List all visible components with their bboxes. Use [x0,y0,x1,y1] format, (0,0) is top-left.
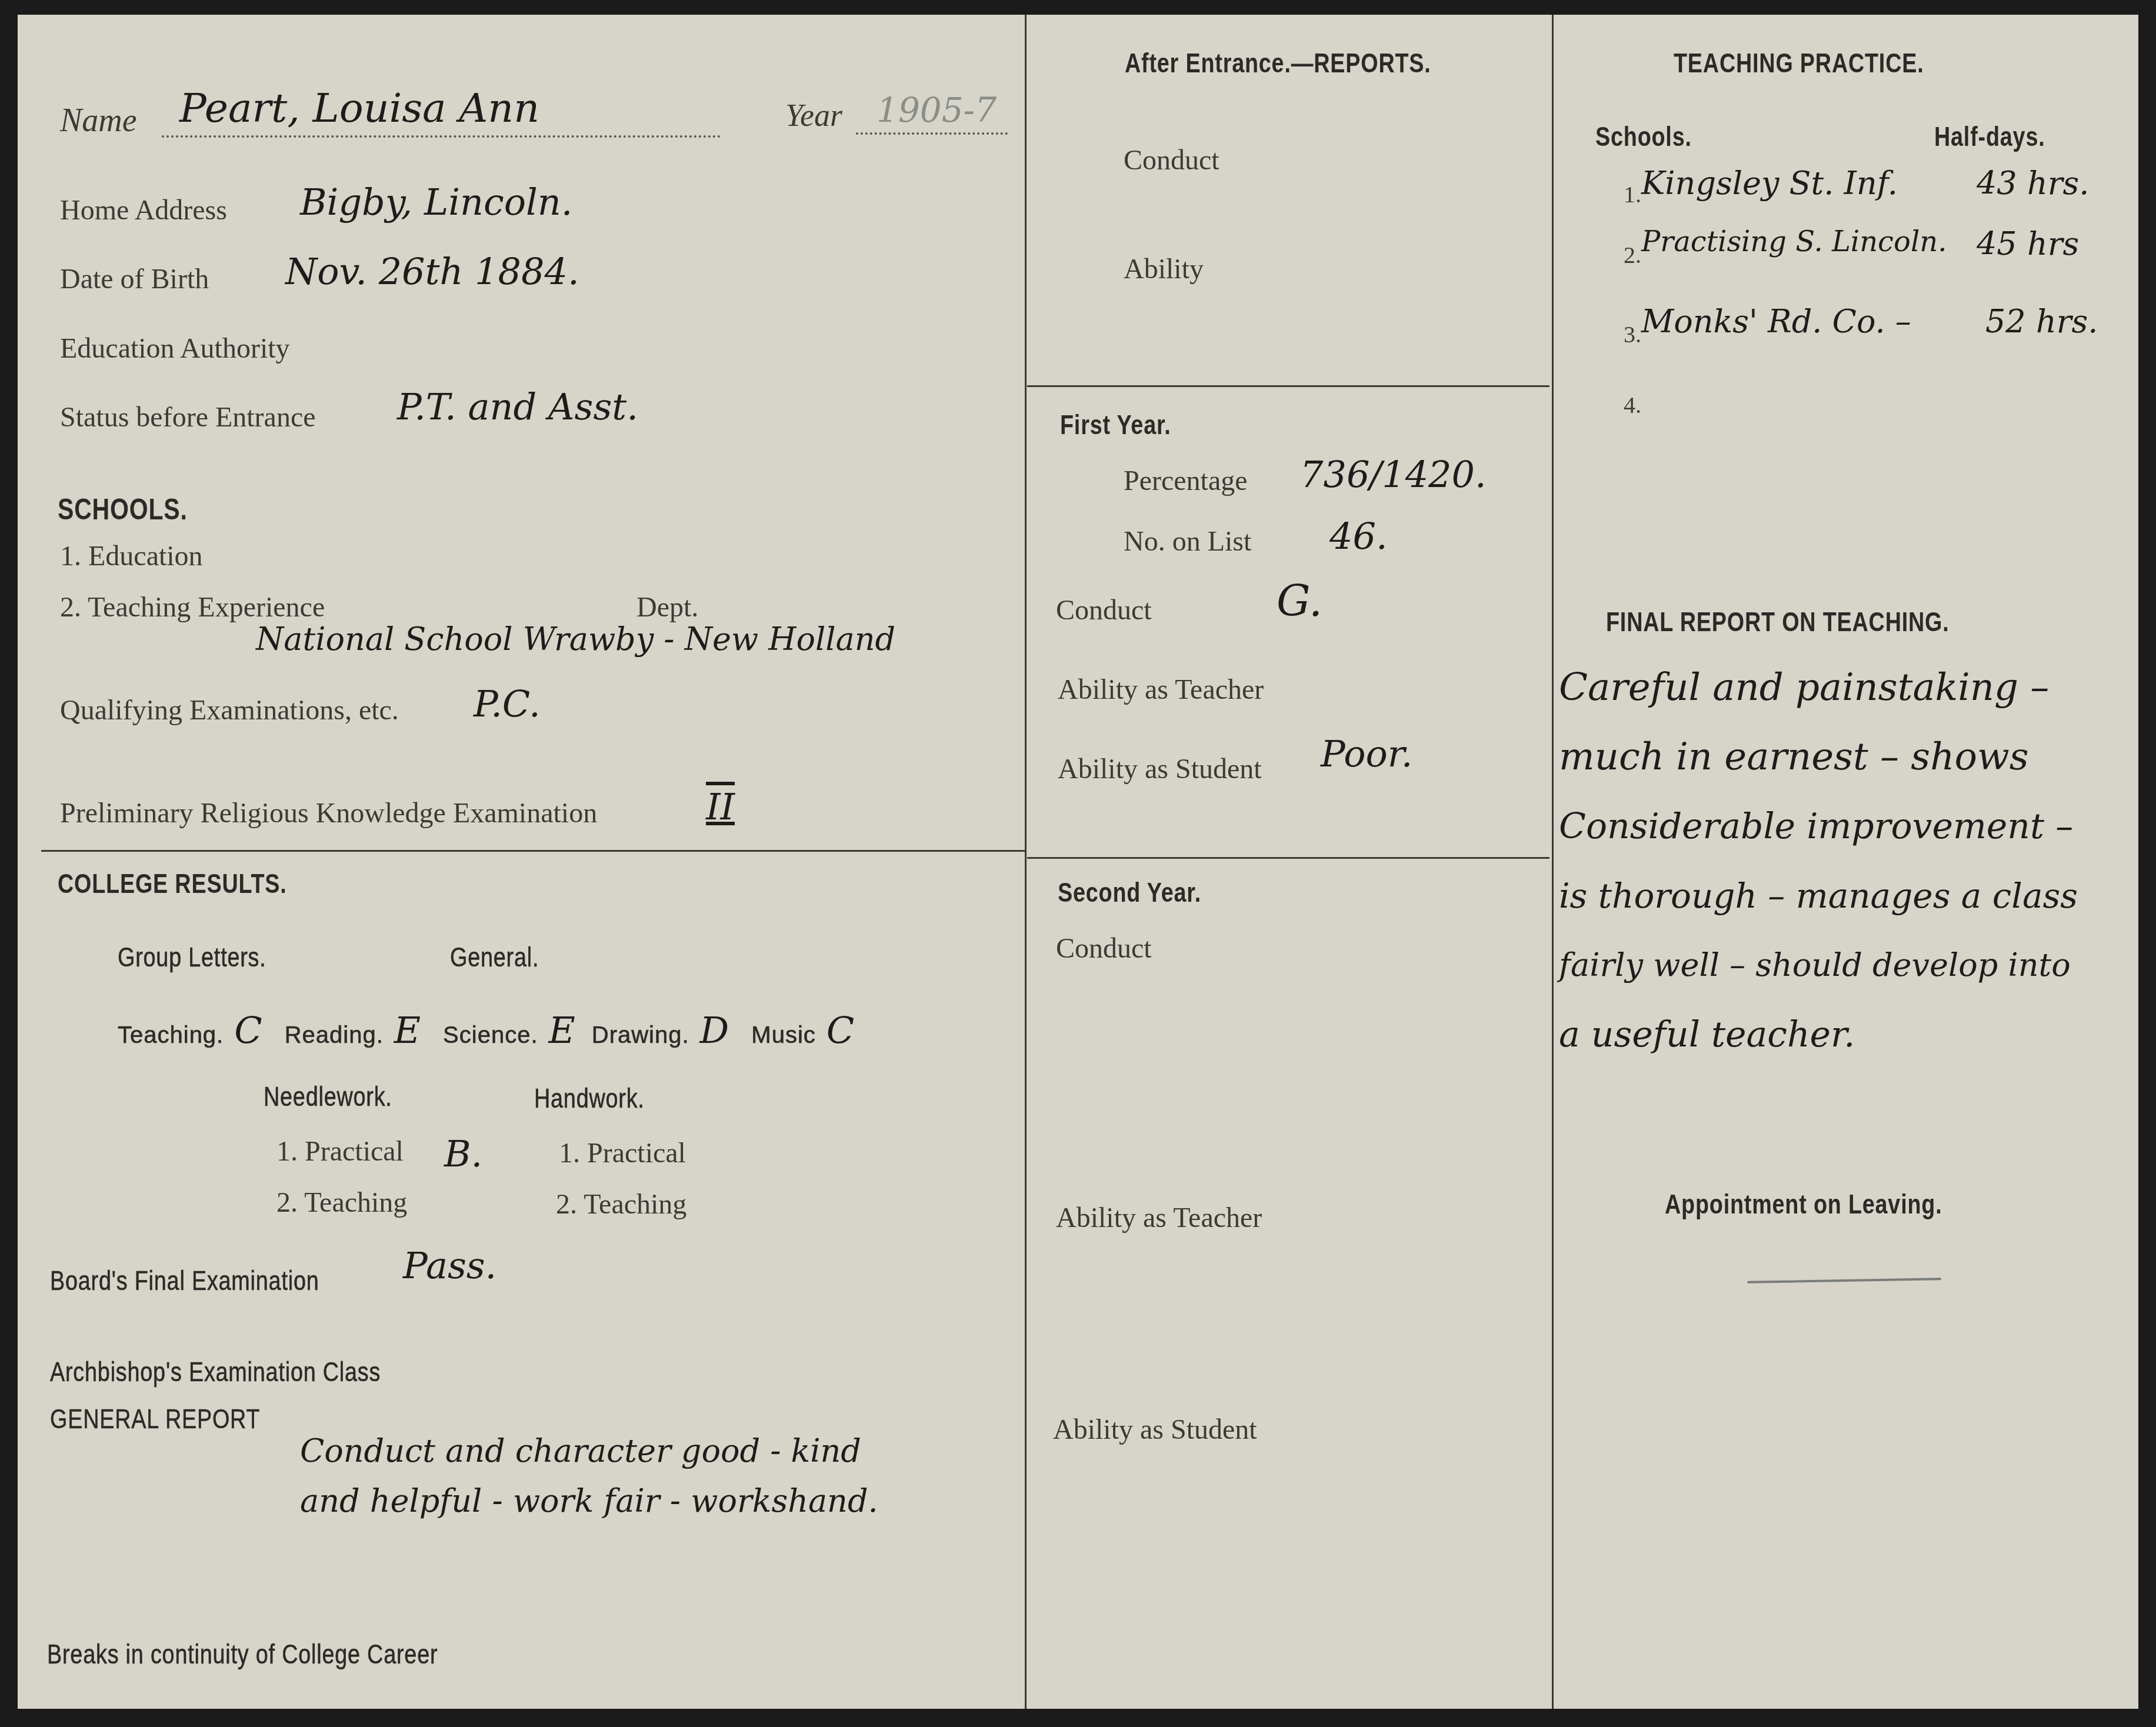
after-ability-label: Ability [1124,253,1204,285]
ability-teacher-label: Ability as Teacher [1058,674,1264,706]
name-label: Name [60,102,137,139]
dob-value: Nov. 26th 1884. [285,250,579,293]
qualifying-label: Qualifying Examinations, etc. [60,694,399,726]
needlework-practical: 1. Practical [276,1135,404,1168]
final-report-line: much in earnest – shows [1559,722,2078,792]
practice-row-3-school: Monks' Rd. Co. – [1641,303,1911,340]
schools-column-header: Schools. [1595,121,1692,152]
handwork-teaching: 2. Teaching [556,1188,687,1221]
final-report-heading: FINAL REPORT ON TEACHING. [1606,606,1950,638]
no-on-list-value: 46. [1329,515,1388,558]
grade-reading-value: E [394,1009,421,1052]
divider-first-year [1027,385,1549,387]
final-report-line: a useful teacher. [1559,1000,2078,1069]
year-label: Year [785,97,842,134]
qualifying-value: P.C. [474,682,541,725]
general-report-line2: and helpful - work fair - workshand. [300,1482,878,1519]
divider-middle-right [1552,15,1554,1709]
boards-final-label: Board's Final Examination [50,1265,319,1296]
handwork-label: Handwork. [534,1082,645,1114]
grade-drawing-value: D [700,1009,729,1052]
final-report-line: Careful and painstaking – [1559,653,2078,722]
year-line [856,132,1008,135]
general-label: General. [450,941,539,973]
appointment-heading: Appointment on Leaving. [1665,1188,1942,1220]
ability-student-value: Poor. [1321,732,1412,775]
second-conduct-label: Conduct [1056,932,1152,965]
ability-student-label: Ability as Student [1058,753,1262,785]
appointment-dash [1747,1278,1941,1283]
conduct-value: G. [1277,576,1322,626]
needlework-label: Needlework. [264,1081,392,1112]
no-on-list-label: No. on List [1124,525,1251,558]
general-report-line1: Conduct and character good - kind [300,1432,861,1469]
status-label: Status before Entrance [60,401,315,434]
grade-drawing-label: Drawing. [592,1022,689,1049]
education-authority-label: Education Authority [60,332,290,365]
handwork-practical: 1. Practical [559,1137,686,1169]
conduct-label: Conduct [1056,594,1152,626]
practice-row-3-halfdays: 52 hrs. [1985,303,2098,340]
divider-second-year [1027,857,1549,859]
halfdays-column-header: Half-days. [1934,121,2045,152]
home-address-value: Bigby, Lincoln. [300,181,572,224]
grade-music-label: Music [751,1022,815,1049]
needlework-teaching: 2. Teaching [276,1186,407,1219]
after-entrance-heading: After Entrance.—REPORTS. [1125,47,1431,79]
schools-teaching-experience: 2. Teaching Experience [60,591,325,624]
teaching-experience-value: National School Wrawby - New Holland [256,621,895,658]
name-line [162,135,721,138]
group-letters-label: Group Letters. [118,941,266,973]
year-value: 1905-7 [877,90,997,130]
grades-row: Teaching. C Reading. E Science. E Drawin… [118,1009,854,1052]
grade-science-label: Science. [443,1022,538,1049]
percentage-label: Percentage [1124,465,1248,497]
practice-row-1-halfdays: 43 hrs. [1977,165,2089,202]
second-ability-teacher-label: Ability as Teacher [1056,1202,1262,1234]
practice-row-1-school: Kingsley St. Inf. [1641,165,1898,202]
practice-row-1-num: 1. [1624,181,1641,208]
name-value: Peart, Louisa Ann [179,85,539,132]
teaching-practice-heading: TEACHING PRACTICE. [1674,47,1924,79]
final-report-line: is thorough – manages a class [1559,861,2078,931]
breaks-label: Breaks in continuity of College Career [47,1638,438,1670]
after-conduct-label: Conduct [1124,144,1219,176]
archbishop-label: Archbishop's Examination Class [50,1356,381,1388]
divider-college-results [41,850,1025,852]
second-year-heading: Second Year. [1058,876,1201,908]
grade-teaching-label: Teaching. [118,1022,224,1049]
practice-row-4-num: 4. [1624,391,1641,419]
schools-dept: Dept. [637,591,698,624]
practice-row-3-num: 3. [1624,321,1641,348]
practice-row-2-school: Practising S. Lincoln. [1641,225,1947,258]
grade-reading-label: Reading. [285,1022,384,1049]
prelim-label: Preliminary Religious Knowledge Examinat… [60,797,597,829]
percentage-value: 736/1420. [1300,453,1487,496]
second-ability-student-label: Ability as Student [1053,1413,1257,1446]
needlework-practical-value: B. [444,1132,482,1175]
general-report-heading: GENERAL REPORT [50,1403,260,1435]
boards-final-value: Pass. [403,1244,496,1287]
final-report-text: Careful and painstaking – much in earnes… [1559,653,2078,1069]
practice-row-2-num: 2. [1624,241,1641,269]
final-report-line: Considerable improvement – [1559,792,2078,861]
divider-left-middle [1025,15,1027,1709]
first-year-heading: First Year. [1060,409,1171,441]
schools-heading: SCHOOLS. [58,492,188,526]
home-address-label: Home Address [60,194,227,226]
record-card: Name Peart, Louisa Ann Year 1905-7 Home … [18,15,2138,1709]
prelim-value: II [706,785,735,828]
grade-teaching-value: C [234,1009,262,1052]
grade-science-value: E [549,1009,575,1052]
college-results-heading: COLLEGE RESULTS. [58,868,287,899]
status-value: P.T. and Asst. [397,385,638,428]
practice-row-2-halfdays: 45 hrs [1977,225,2079,262]
dob-label: Date of Birth [60,263,209,295]
grade-music-value: C [827,1009,854,1052]
schools-education: 1. Education [60,540,203,572]
final-report-line: fairly well – should develop into [1559,931,2078,1000]
